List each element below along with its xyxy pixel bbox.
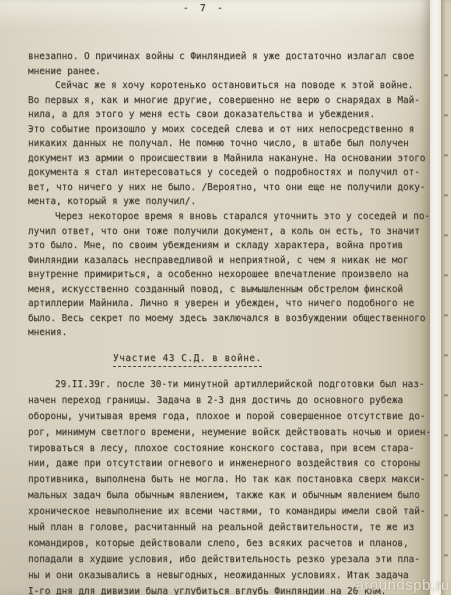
document-line: ный план в голове, расчитанный на реальн…	[28, 520, 431, 536]
document-line: Это событие произошло у моих соседей сле…	[28, 123, 431, 138]
document-line: 29.II.39г. после 30-ти минутной артиллер…	[28, 377, 431, 393]
document-line: документ из армии о происшествии в Майни…	[28, 152, 431, 167]
page-edge-gap	[430, 0, 441, 595]
document-line: противника, выполнена быть не могла. Но …	[28, 472, 431, 488]
watermark: aroundspb.ru	[356, 577, 450, 594]
document-line: обороны, учитывая время года, плохое и п…	[28, 409, 431, 425]
section-heading: Участие 43 С.Д. в войне.	[113, 353, 431, 367]
document-line: документа я стал интересоваться у соседе…	[28, 166, 431, 181]
adjacent-page-text-fragments	[444, 58, 448, 578]
page-number: - 7 -	[0, 3, 408, 14]
document-line: попадали в худшие условия, ибо действите…	[28, 552, 431, 568]
document-line: никаких данных не получал. Не помню точн…	[28, 137, 431, 152]
document-line: Сейчас же я хочу коротенько остановиться…	[28, 79, 431, 94]
document-line: начен переход границы. Задача в 2-3 дня …	[28, 393, 431, 409]
scanned-document: - 7 - внезапно. О причинах войны с Финля…	[0, 0, 451, 595]
document-line: рог, минимум светлого времени, неумение …	[28, 425, 431, 441]
document-line: хроническое невыполнение их всеми частям…	[28, 504, 431, 520]
document-line: это было. Мне, по своим убеждениям и скл…	[28, 239, 431, 254]
document-line: было. Весь секрет по моему здесь заключа…	[28, 312, 431, 327]
document-line: Через некоторое время я вновь старался у…	[28, 210, 431, 225]
document-line: мальных задач была обычным явлением, так…	[28, 488, 431, 504]
document-line: внезапно. О причинах войны с Финляндией …	[28, 50, 431, 65]
document-body: внезапно. О причинах войны с Финляндией …	[28, 50, 431, 595]
document-line: нила, а для этого у меня есть свои доказ…	[28, 108, 431, 123]
document-line: меня, искусственно созданный повод, с вы…	[28, 283, 431, 298]
document-line: мнение ранее.	[28, 65, 431, 80]
document-line: мнения.	[28, 326, 431, 341]
document-line: внутренне примириться, а особенно нехоро…	[28, 268, 431, 283]
document-line: артиллерии Майнила. Лично я уверен и убе…	[28, 297, 431, 312]
document-page: - 7 - внезапно. О причинах войны с Финля…	[0, 0, 430, 595]
document-line: нии, даже при отсутствии огневого и инже…	[28, 456, 431, 472]
document-line: вет, что ничего у них не было. /Вероятно…	[28, 181, 431, 196]
document-line: мента, который я уже получил/.	[28, 195, 431, 210]
document-line: командиров, которые действовали слепо, б…	[28, 536, 431, 552]
document-line: Во первых я, как и многие другие, соверш…	[28, 94, 431, 109]
document-line: Финляндии казалась несправедливой и непр…	[28, 254, 431, 269]
document-line: тироваться в лесу, плохое состояние конс…	[28, 441, 431, 457]
document-line: лучил ответ, что они тоже получили докум…	[28, 225, 431, 240]
adjacent-page-edge	[441, 0, 451, 595]
